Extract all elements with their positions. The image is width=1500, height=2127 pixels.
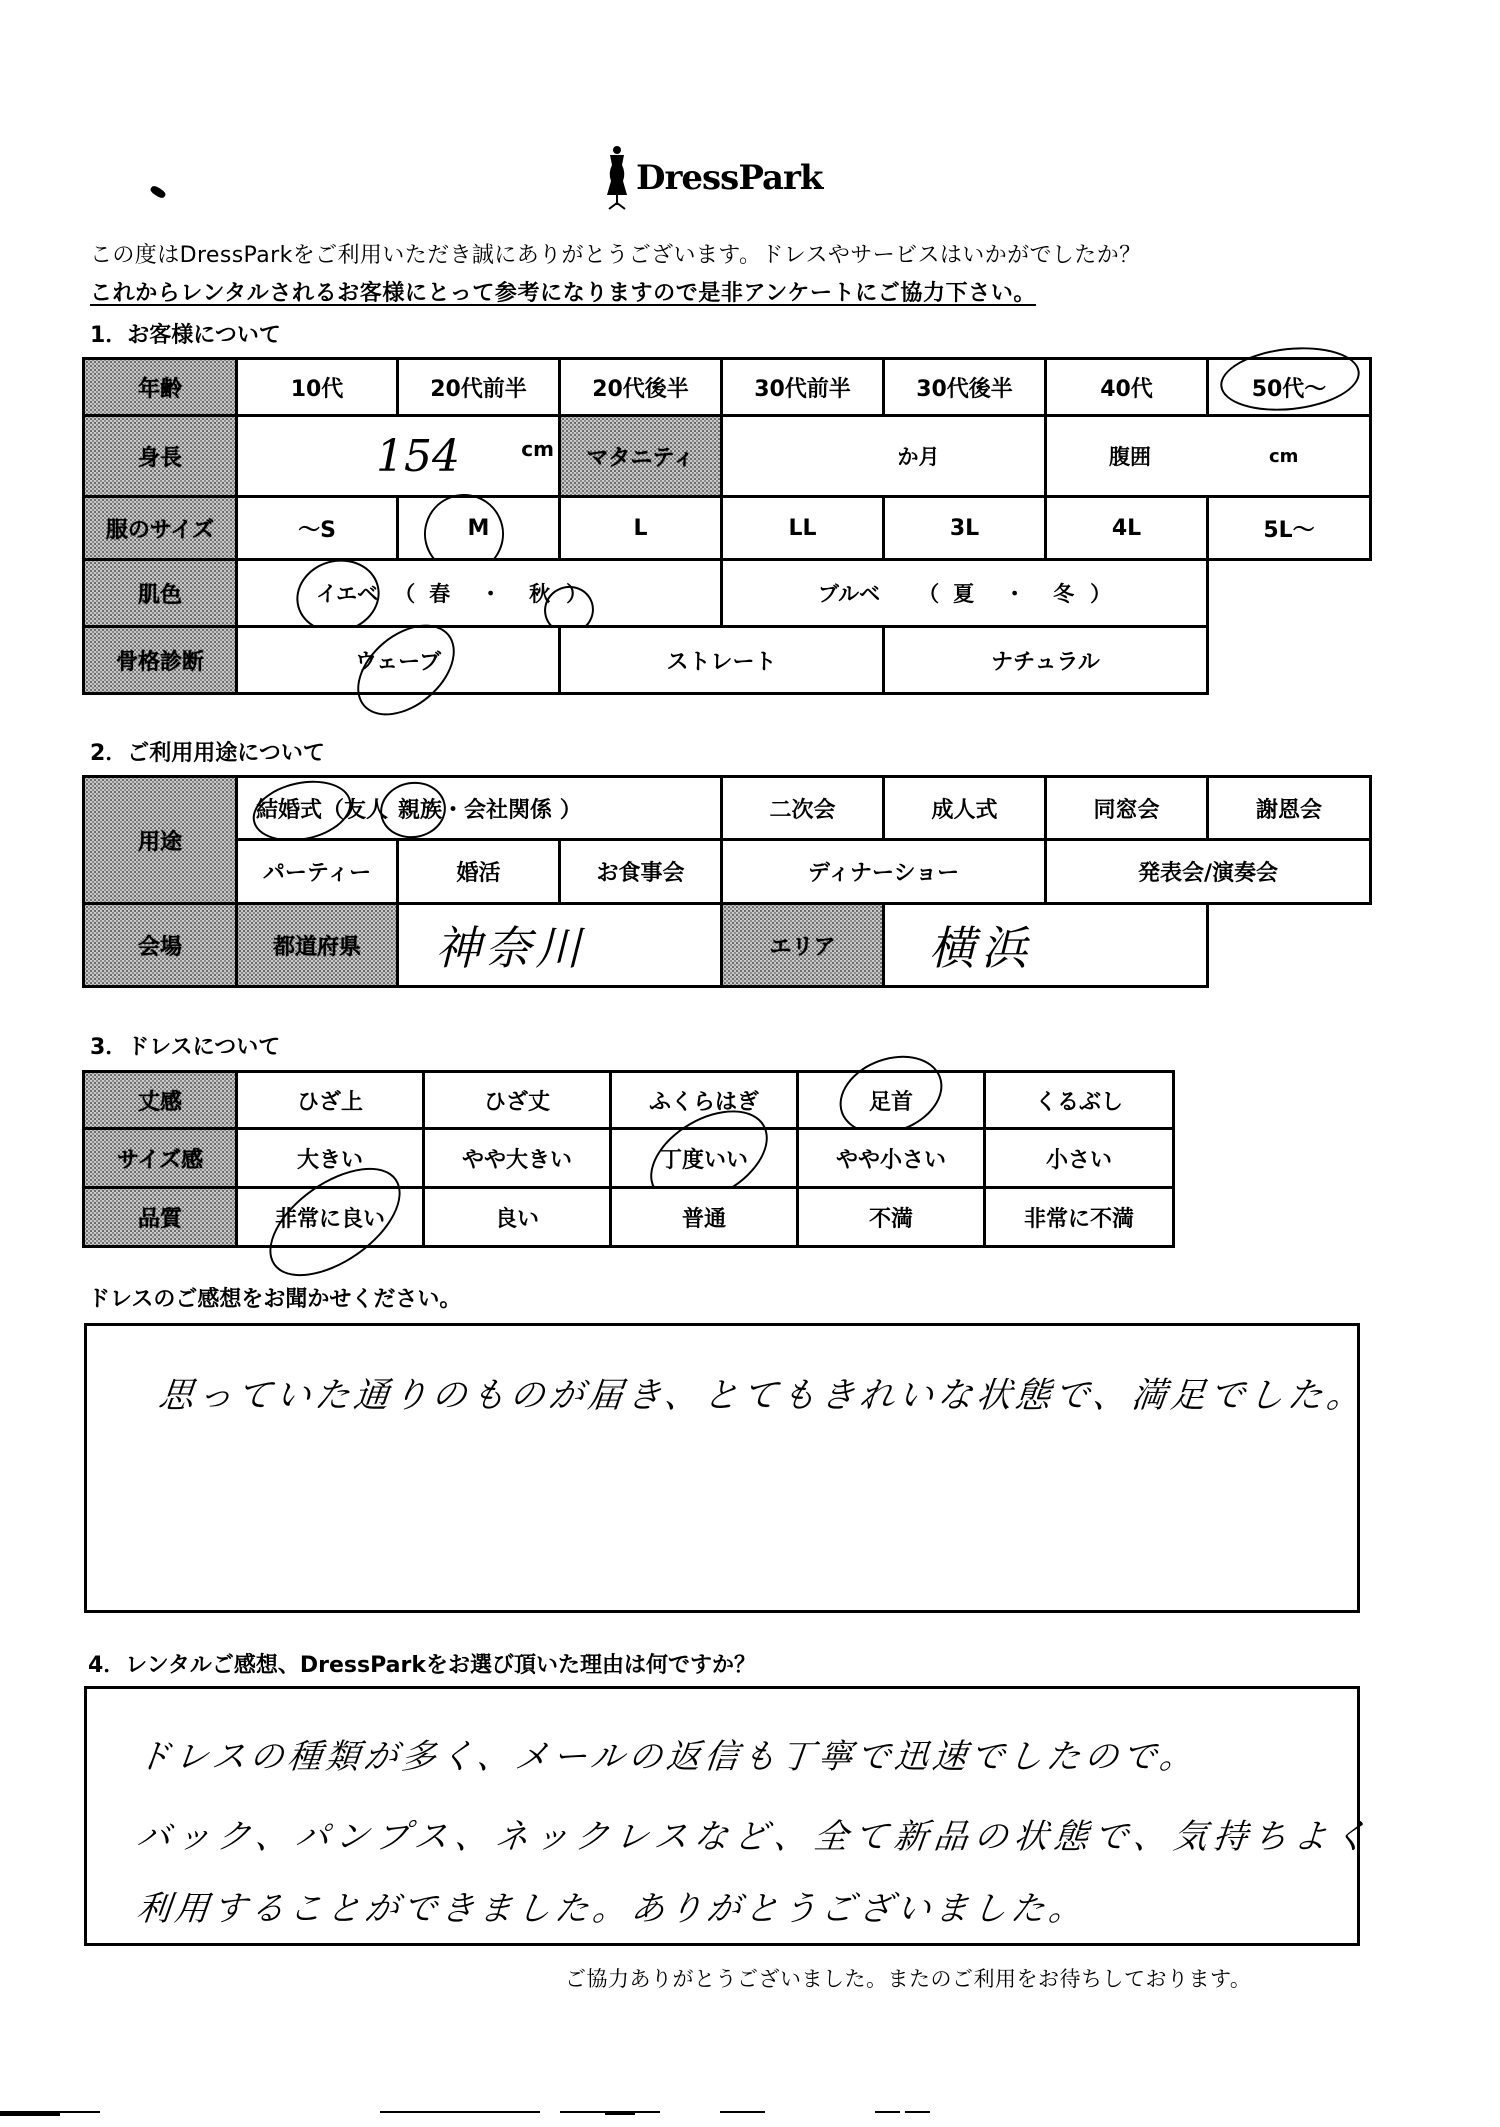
impression-box[interactable]: 思っていた通りのものが届き、とてもきれいな状態で、満足でした。: [84, 1323, 1360, 1613]
blue-base-cell[interactable]: ブルベ （ 夏 ・ 冬 ）: [720, 558, 1209, 628]
fit-option[interactable]: 大きい: [235, 1127, 425, 1189]
height-field[interactable]: 154 cm: [235, 414, 561, 498]
prefecture-label: 都道府県: [235, 902, 399, 988]
size-option[interactable]: ～S: [235, 495, 399, 561]
season-summer[interactable]: 夏: [953, 578, 974, 608]
scan-artifact: [380, 2111, 540, 2113]
length-option[interactable]: ふくらはぎ: [609, 1070, 799, 1130]
height-label: 身長: [82, 414, 238, 498]
age-option[interactable]: 30代前半: [720, 357, 885, 417]
quality-option[interactable]: 良い: [422, 1186, 612, 1248]
section3-title: 3．ドレスについて: [90, 1030, 280, 1061]
wedding-option-selected[interactable]: 結婚式: [256, 793, 322, 824]
age-option[interactable]: 30代後半: [882, 357, 1047, 417]
quality-option[interactable]: 普通: [609, 1186, 799, 1248]
paren: ）: [566, 578, 587, 608]
venue-label: 会場: [82, 902, 238, 988]
dress-mannequin-icon: [604, 145, 630, 211]
reason-line: 利用することができました。ありがとうございました。: [134, 1881, 1089, 1930]
season-autumn-selected[interactable]: 秋: [529, 578, 550, 608]
scan-artifact: [0, 2111, 60, 2116]
scan-artifact: [605, 2111, 635, 2115]
intro-request: これからレンタルされるお客様にとって参考になりますので是非アンケートにご協力下さ…: [90, 276, 1036, 307]
wedding-cell[interactable]: 結婚式 （ 友人 親族・会社関係 ）: [235, 775, 723, 841]
length-option-selected[interactable]: 足首: [796, 1070, 986, 1130]
fit-option[interactable]: やや大きい: [422, 1127, 612, 1189]
waist-unit: cm: [1269, 446, 1298, 467]
reason-box[interactable]: ドレスの種類が多く、メールの返信も丁寧で迅速でしたので。 バック、パンプス、ネッ…: [84, 1686, 1360, 1946]
length-option[interactable]: ひざ上: [235, 1070, 425, 1130]
size-label: 服のサイズ: [82, 495, 238, 561]
area-value: 横浜: [929, 912, 1033, 978]
yellow-base-option[interactable]: イエベ: [316, 578, 378, 608]
size-option[interactable]: 3L: [882, 495, 1047, 561]
skeleton-option-selected[interactable]: ウェーブ: [235, 625, 561, 695]
waist-field[interactable]: 腹囲 cm: [1044, 414, 1372, 498]
usage-option[interactable]: ディナーショー: [720, 838, 1047, 905]
age-option-selected[interactable]: 50代～: [1206, 357, 1372, 417]
separator: ・: [480, 578, 501, 608]
skin-label: 肌色: [82, 558, 238, 628]
length-option[interactable]: ひざ丈: [422, 1070, 612, 1130]
area-field[interactable]: 横浜: [882, 902, 1209, 988]
size-option[interactable]: 5L～: [1206, 495, 1372, 561]
age-label: 年齢: [82, 357, 238, 417]
blue-base-option[interactable]: ブルベ: [818, 578, 880, 608]
separator: ・: [1004, 578, 1025, 608]
friend-option-selected[interactable]: 友人: [344, 793, 388, 824]
prefecture-value: 神奈川: [435, 912, 585, 978]
age-option[interactable]: 10代: [235, 357, 399, 417]
usage-option[interactable]: お食事会: [558, 838, 723, 905]
section4-title: 4．レンタルご感想、DressParkをお選び頂いた理由は何ですか？: [88, 1648, 756, 1679]
fit-option[interactable]: 小さい: [983, 1127, 1175, 1189]
brand-name: DressPark: [636, 158, 822, 198]
scan-artifact: [720, 2111, 765, 2113]
fit-label: サイズ感: [82, 1127, 238, 1189]
impression-text: 思っていた通りのものが届き、とてもきれいな状態で、満足でした。: [156, 1368, 1368, 1418]
season-spring[interactable]: 春: [429, 578, 450, 608]
age-option[interactable]: 20代前半: [396, 357, 561, 417]
skeleton-option[interactable]: ナチュラル: [882, 625, 1209, 695]
section2-title: 2．ご利用用途について: [90, 736, 325, 767]
paren: （: [394, 578, 415, 608]
skeleton-option[interactable]: ストレート: [558, 625, 885, 695]
yellow-base-cell[interactable]: イエベ （ 春 ・ 秋 ）: [235, 558, 723, 628]
usage-option[interactable]: パーティー: [235, 838, 399, 905]
usage-option[interactable]: 二次会: [720, 775, 885, 841]
quality-option[interactable]: 不満: [796, 1186, 986, 1248]
height-value: 154: [376, 431, 460, 482]
section1-title: 1．お客様について: [90, 318, 281, 349]
intro-text: この度はDressParkをご利用いただき誠にありがとうございます。ドレスやサー…: [90, 238, 1142, 269]
age-option[interactable]: 40代: [1044, 357, 1209, 417]
prefecture-field[interactable]: 神奈川: [396, 902, 723, 988]
quality-option[interactable]: 非常に不満: [983, 1186, 1175, 1248]
paren: （: [918, 578, 939, 608]
size-option[interactable]: L: [558, 495, 723, 561]
scan-artifact: [60, 2111, 100, 2113]
area-label: エリア: [720, 902, 885, 988]
season-winter[interactable]: 冬: [1053, 578, 1074, 608]
fit-option[interactable]: やや小さい: [796, 1127, 986, 1189]
footer-thanks: ご協力ありがとうございました。またのご利用をお待ちしております。: [565, 1963, 1251, 1993]
waist-label: 腹囲: [1109, 441, 1151, 471]
usage-option[interactable]: 婚活: [396, 838, 561, 905]
skeleton-label: 骨格診断: [82, 625, 238, 695]
maternity-label: マタニティ: [558, 414, 723, 498]
scan-artifact: [905, 2111, 930, 2113]
maternity-unit: か月: [898, 441, 940, 471]
usage-option[interactable]: 発表会/演奏会: [1044, 838, 1372, 905]
size-option[interactable]: 4L: [1044, 495, 1209, 561]
logo: DressPark: [604, 143, 822, 213]
family-company-option[interactable]: 親族・会社関係 ）: [398, 793, 582, 824]
scan-speck: [149, 184, 167, 199]
length-option[interactable]: くるぶし: [983, 1070, 1175, 1130]
height-unit: cm: [521, 437, 554, 461]
usage-option[interactable]: 謝恩会: [1206, 775, 1372, 841]
reason-line: ドレスの種類が多く、メールの返信も丁寧で迅速でしたので。: [134, 1729, 1200, 1778]
fit-option-selected[interactable]: 丁度いい: [609, 1127, 799, 1189]
usage-option[interactable]: 成人式: [882, 775, 1047, 841]
quality-option-selected[interactable]: 非常に良い: [235, 1186, 425, 1248]
length-label: 丈感: [82, 1070, 238, 1130]
reason-line: バック、パンプス、ネックレスなど、全て新品の状態で、気持ちよく: [134, 1809, 1376, 1858]
impression-prompt: ドレスのご感想をお聞かせください。: [88, 1282, 461, 1313]
size-option[interactable]: LL: [720, 495, 885, 561]
quality-label: 品質: [82, 1186, 238, 1248]
usage-label: 用途: [82, 775, 238, 905]
maternity-field[interactable]: か月: [720, 414, 1047, 498]
scan-artifact: [875, 2111, 900, 2113]
age-option[interactable]: 20代後半: [558, 357, 723, 417]
paren: （: [322, 793, 344, 824]
paren: ）: [1090, 578, 1111, 608]
usage-option[interactable]: 同窓会: [1044, 775, 1209, 841]
size-option-selected[interactable]: M: [396, 495, 561, 561]
